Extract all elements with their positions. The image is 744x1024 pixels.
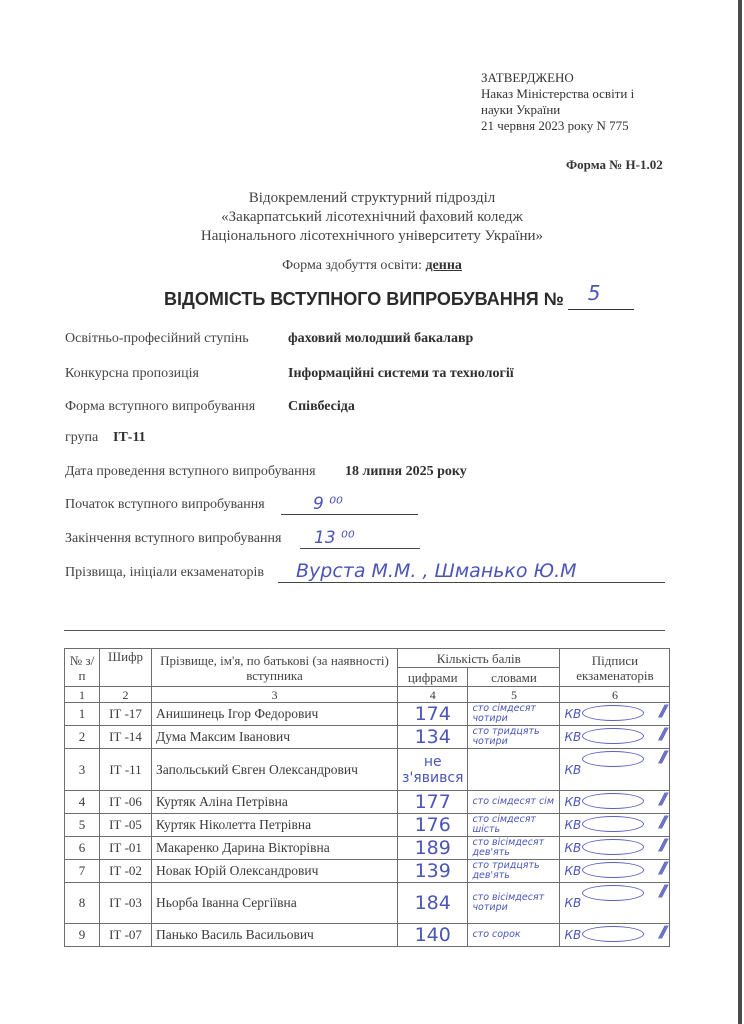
row-no: 4 (79, 794, 86, 809)
row-no: 7 (79, 863, 86, 878)
header-code: Шифр (100, 649, 152, 687)
row-score: 189 (415, 837, 451, 859)
col-number: 6 (560, 687, 670, 703)
row-signature-cell: КВ/// (560, 814, 670, 837)
row-score-words: сто тридцять чотири (472, 727, 555, 747)
row-signature-cell: КВ/// (560, 883, 670, 924)
row-name: Ньорба Іванна Сергіївна (156, 895, 297, 910)
table-row: 4ІТ -06Куртяк Аліна Петрівна177сто сімде… (65, 791, 670, 814)
proposal-label: Конкурсна пропозиція (65, 366, 199, 382)
examiners-value: Вурста М.М. , Шманько Ю.М (296, 560, 577, 582)
signature-initials: КВ (564, 730, 581, 744)
row-signature-cell: КВ/// (560, 749, 670, 791)
row-name: Новак Юрій Олександрович (156, 863, 318, 878)
table-row: 2ІТ -14Дума Максим Іванович134сто тридця… (65, 726, 670, 749)
row-no-cell: 7 (65, 860, 100, 883)
row-score-words-cell: сто вісімдесят чотири (468, 883, 560, 924)
row-no-cell: 4 (65, 791, 100, 814)
row-score-words-cell: сто тридцять дев'ять (468, 860, 560, 883)
table-row: 7ІТ -02Новак Юрій Олександрович139сто тр… (65, 860, 670, 883)
row-score-cell: 176 (398, 814, 468, 837)
date-value: 18 липня 2025 року (345, 464, 467, 480)
row-code-cell: ІТ -05 (100, 814, 152, 837)
signature-scrawl-icon: /// (659, 812, 663, 831)
signature-initials: КВ (564, 841, 581, 855)
row-no-cell: 9 (65, 924, 100, 947)
row-no-cell: 1 (65, 703, 100, 726)
row-signature-cell: КВ/// (560, 837, 670, 860)
row-code: ІТ -07 (109, 927, 142, 942)
row-no: 2 (79, 729, 86, 744)
signature-loop-icon (582, 862, 644, 878)
row-signature-cell: КВ/// (560, 726, 670, 749)
signature-loop-icon (582, 816, 644, 832)
row-no: 8 (79, 895, 86, 910)
signature-loop-icon (582, 885, 644, 901)
row-signature-cell: КВ/// (560, 791, 670, 814)
blank-line (64, 630, 665, 631)
signature-scrawl-icon: /// (659, 881, 663, 900)
degree-value: фаховий молодший бакалавр (288, 331, 473, 347)
row-no: 1 (79, 706, 86, 721)
start-label: Початок вступного випробування (65, 497, 265, 513)
row-code: ІТ -11 (109, 762, 141, 777)
row-code: ІТ -03 (109, 895, 142, 910)
row-code: ІТ -06 (109, 794, 142, 809)
row-score-words: сто вісімдесят дев'ять (472, 838, 555, 858)
table-row: 8ІТ -03Ньорба Іванна Сергіївна184сто віс… (65, 883, 670, 924)
row-name: Запольський Євген Олександрович (156, 762, 358, 777)
col-number: 3 (152, 687, 398, 703)
table-row: 6ІТ -01Макаренко Дарина Вікторівна189сто… (65, 837, 670, 860)
education-form-value: денна (425, 258, 461, 273)
row-score-words-cell (468, 749, 560, 791)
row-score-cell: 139 (398, 860, 468, 883)
row-score-cell: 189 (398, 837, 468, 860)
row-name-cell: Куртяк Аліна Петрівна (152, 791, 398, 814)
row-name-cell: Панько Василь Васильович (152, 924, 398, 947)
row-code-cell: ІТ -06 (100, 791, 152, 814)
row-name: Куртяк Аліна Петрівна (156, 794, 288, 809)
signature-scrawl-icon: /// (659, 701, 663, 720)
col-number: 2 (100, 687, 152, 703)
exam-form-value: Співбесіда (288, 399, 355, 415)
signature-loop-icon (582, 926, 644, 942)
group-value: ІТ-11 (113, 430, 146, 446)
approval-line: 21 червня 2023 року N 775 (481, 118, 634, 134)
row-score: 177 (415, 791, 451, 813)
header-score-group: Кількість балів (398, 649, 560, 668)
signature-loop-icon (582, 839, 644, 855)
signature-initials: КВ (564, 864, 581, 878)
row-score-cell: 174 (398, 703, 468, 726)
row-name-cell: Дума Максим Іванович (152, 726, 398, 749)
row-no-cell: 3 (65, 749, 100, 791)
signature-initials: КВ (564, 795, 581, 809)
signature-scrawl-icon: /// (659, 789, 663, 808)
row-code-cell: ІТ -17 (100, 703, 152, 726)
row-name: Куртяк Ніколетта Петрівна (156, 817, 311, 832)
degree-label: Освітньо-професійний ступінь (65, 331, 249, 347)
row-no: 3 (79, 762, 86, 777)
document-title: ВІДОМІСТЬ ВСТУПНОГО ВИПРОБУВАННЯ №5 (164, 289, 634, 310)
row-score-words: сто сімдесят сім (472, 797, 555, 807)
col-number: 5 (468, 687, 560, 703)
examiners-label: Прізвища, ініціали екзаменаторів (65, 565, 264, 581)
institution-line: Національного лісотехнічного університет… (0, 227, 744, 246)
education-form-label: Форма здобуття освіти: (282, 258, 425, 273)
form-number: Форма № Н-1.02 (566, 157, 663, 173)
row-code: ІТ -17 (109, 706, 142, 721)
date-label: Дата проведення вступного випробування (65, 464, 316, 480)
row-score: 176 (415, 814, 451, 836)
row-score-words-cell: сто сімдесят чотири (468, 703, 560, 726)
row-score-words: сто сімдесят чотири (472, 704, 555, 724)
examiners-field: Вурста М.М. , Шманько Ю.М (278, 562, 665, 583)
signature-loop-icon (582, 751, 644, 767)
approval-block: ЗАТВЕРДЖЕНО Наказ Міністерства освіти і … (481, 70, 634, 134)
row-no-cell: 8 (65, 883, 100, 924)
row-code-cell: ІТ -11 (100, 749, 152, 791)
row-score-cell: 184 (398, 883, 468, 924)
row-score-cell: 177 (398, 791, 468, 814)
signature-loop-icon (582, 793, 644, 809)
exam-form-label: Форма вступного випробування (65, 399, 255, 415)
row-no: 5 (79, 817, 86, 832)
row-no-cell: 6 (65, 837, 100, 860)
row-score-words: сто сімдесят шість (472, 815, 555, 835)
row-score-cell: 140 (398, 924, 468, 947)
row-score-words-cell: сто вісімдесят дев'ять (468, 837, 560, 860)
scan-edge (738, 0, 742, 1024)
education-form: Форма здобуття освіти: денна (0, 258, 744, 274)
approval-line: Наказ Міністерства освіти і (481, 86, 634, 102)
row-code-cell: ІТ -01 (100, 837, 152, 860)
signature-loop-icon (582, 728, 644, 744)
row-score: 184 (415, 892, 451, 914)
group-label: група (65, 430, 98, 446)
row-score-words-cell: сто сімдесят сім (468, 791, 560, 814)
row-no: 9 (79, 927, 86, 942)
row-code: ІТ -02 (109, 863, 142, 878)
proposal-value: Інформаційні системи та технології (288, 366, 514, 382)
approval-line: ЗАТВЕРДЖЕНО (481, 70, 634, 86)
row-no-cell: 2 (65, 726, 100, 749)
row-no: 6 (79, 840, 86, 855)
signature-scrawl-icon: /// (659, 922, 663, 941)
row-score: 174 (415, 703, 451, 725)
row-name-cell: Запольський Євген Олександрович (152, 749, 398, 791)
row-score-words: сто тридцять дев'ять (472, 861, 555, 881)
signature-scrawl-icon: /// (659, 858, 663, 877)
row-code-cell: ІТ -03 (100, 883, 152, 924)
row-score-words: сто вісімдесят чотири (472, 893, 555, 913)
row-code-cell: ІТ -14 (100, 726, 152, 749)
approval-line: науки України (481, 102, 634, 118)
start-field: 9 ⁰⁰ (281, 497, 418, 515)
row-score: 139 (415, 860, 451, 882)
signature-scrawl-icon: /// (659, 747, 663, 766)
col-number: 4 (398, 687, 468, 703)
row-code: ІТ -14 (109, 729, 142, 744)
row-code-cell: ІТ -02 (100, 860, 152, 883)
signature-scrawl-icon: /// (659, 724, 663, 743)
col-number: 1 (65, 687, 100, 703)
table-row: 1ІТ -17Анишинець Ігор Федорович174сто сі… (65, 703, 670, 726)
row-name-cell: Новак Юрій Олександрович (152, 860, 398, 883)
institution-line: «Закарпатський лісотехнічний фаховий кол… (0, 208, 744, 227)
signature-scrawl-icon: /// (659, 835, 663, 854)
header-signatures: Підписи екзаменаторів (560, 649, 670, 687)
signature-initials: КВ (564, 818, 581, 832)
table-row: 3ІТ -11Запольський Євген Олександровичне… (65, 749, 670, 791)
institution-line: Відокремлений структурний підрозділ (0, 189, 744, 208)
signature-initials: КВ (564, 928, 581, 942)
row-score-words: сто сорок (472, 930, 555, 940)
row-signature-cell: КВ/// (560, 860, 670, 883)
row-signature-cell: КВ/// (560, 924, 670, 947)
row-code: ІТ -01 (109, 840, 142, 855)
start-value: 9 ⁰⁰ (313, 494, 343, 514)
signature-initials: КВ (564, 763, 581, 777)
signature-initials: КВ (564, 707, 581, 721)
row-name: Анишинець Ігор Федорович (156, 706, 318, 721)
institution-block: Відокремлений структурний підрозділ «Зак… (0, 189, 744, 246)
row-name-cell: Куртяк Ніколетта Петрівна (152, 814, 398, 837)
row-score: 134 (415, 726, 451, 748)
end-label: Закінчення вступного випробування (65, 531, 281, 547)
row-name-cell: Макаренко Дарина Вікторівна (152, 837, 398, 860)
signature-initials: КВ (564, 896, 581, 910)
row-score-cell: не з'явився (398, 749, 468, 791)
row-name: Панько Василь Васильович (156, 927, 314, 942)
title-text: ВІДОМІСТЬ ВСТУПНОГО ВИПРОБУВАННЯ № (164, 289, 564, 309)
row-score: 140 (415, 924, 451, 946)
signature-loop-icon (582, 705, 644, 721)
row-score-cell: 134 (398, 726, 468, 749)
row-name-cell: Анишинець Ігор Федорович (152, 703, 398, 726)
header-no: № з/п (65, 649, 100, 687)
table-row: 5ІТ -05Куртяк Ніколетта Петрівна176сто с… (65, 814, 670, 837)
row-signature-cell: КВ/// (560, 703, 670, 726)
row-code: ІТ -05 (109, 817, 142, 832)
header-score-digits: цифрами (398, 668, 468, 687)
results-table: № з/п Шифр Прізвище, ім'я, по батькові (… (64, 648, 670, 947)
table-row: 9ІТ -07Панько Василь Васильович140сто со… (65, 924, 670, 947)
row-name: Макаренко Дарина Вікторівна (156, 840, 330, 855)
row-name-cell: Ньорба Іванна Сергіївна (152, 883, 398, 924)
title-number: 5 (588, 281, 601, 305)
header-name: Прізвище, ім'я, по батькові (за наявност… (152, 649, 398, 687)
row-name: Дума Максим Іванович (156, 729, 290, 744)
row-no-cell: 5 (65, 814, 100, 837)
end-field: 13 ⁰⁰ (300, 531, 420, 549)
title-number-field: 5 (568, 291, 634, 310)
row-score-words-cell: сто сорок (468, 924, 560, 947)
row-score-words-cell: сто сімдесят шість (468, 814, 560, 837)
row-code-cell: ІТ -07 (100, 924, 152, 947)
header-score-words: словами (468, 668, 560, 687)
row-score: не з'явився (402, 754, 463, 786)
end-value: 13 ⁰⁰ (314, 528, 355, 548)
row-score-words-cell: сто тридцять чотири (468, 726, 560, 749)
